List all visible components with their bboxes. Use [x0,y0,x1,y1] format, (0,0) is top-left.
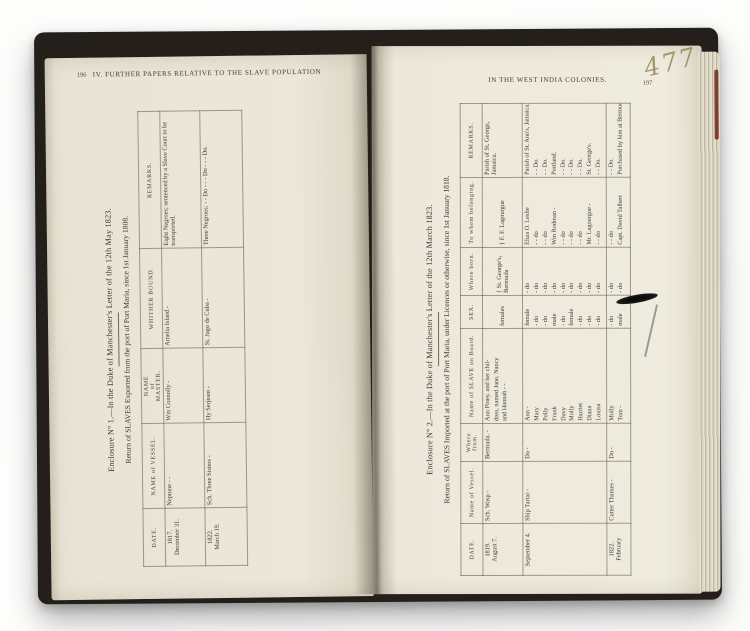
book-cover: 196 IV. FURTHER PAPERS RELATIVE TO THE S… [34,28,722,605]
header-vessel: Name of Vessel. [461,461,483,523]
sex-value: - do [577,298,586,326]
header-remarks: REMARKS. [460,103,482,177]
table-row: 1822. February Cutter Thames - Do - Moll… [606,103,631,575]
remarks-value: St. George's. [586,106,595,175]
cell-from: Do - [523,423,607,461]
cell-bound: Amelia Island - [162,248,203,349]
born-value: - do [617,250,626,293]
cell-from: Bermuda. - [483,423,523,461]
gutter-shadow [350,42,398,594]
cell-born: { St. George's, Bermuda [482,247,522,295]
table-row: September 4. Ship Tartar - Do - Ann - Ma… [522,103,607,575]
slave-name: Ann - [524,331,533,421]
cell-remarks: Parish of St. George, Jamaica. [482,103,522,177]
slave-name: Harriet [577,331,586,421]
sex-value: - do [533,298,542,326]
sex-value: - do [542,298,551,326]
cell-master: Hy Serjeant - [203,347,246,423]
cell-vessel: Neptune - - [164,423,205,509]
table-row: 1822. March 19. Sch. Three Sisters - Hy … [200,110,248,566]
slave-name: Ann Piney, and her chil- dren, named Jan… [484,331,510,421]
cell-vessel: Cutter Thames - [607,461,631,523]
cell-born: - do - do - do - do - do - do - do - do … [522,247,606,295]
header-where-born: Where born. [460,247,482,295]
sex-value: - do [595,298,604,326]
header-belonging: To whom belonging. [460,177,482,247]
enclosure-1-rotated-block: Enclosure N° 1.—In the Duke of Mancheste… [102,105,268,572]
table-row: 1819. August 7. Sch. Wasp - Bermuda. - A… [482,103,523,575]
remarks-value: - - Do. [568,106,577,175]
cell-remarks: Eight Negroes; sentenced by a Slave Cour… [160,111,202,249]
sex-value: female [524,298,533,326]
title-rule [118,313,120,367]
cell-date: 1822. March 19. [205,507,248,566]
table-row: 1817. December 31. Neptune - - Wm Connol… [160,111,206,566]
left-page: 196 IV. FURTHER PAPERS RELATIVE TO THE S… [45,54,374,600]
header-where-from: Where from. [461,423,483,461]
belonging-value: - - do [533,180,542,245]
remarks-value: - - Do. [541,106,550,175]
cell-belonging: Eliza O. Leslie - - do - - do Wm Rodman … [522,177,606,247]
slave-name: Louisa [595,331,604,421]
belonging-value: Wm Rodman - [550,180,559,245]
header-slave-name: Name of SLAVE on Board. [461,328,483,423]
cell-born: - do - do [606,247,630,295]
sex-value: - do [586,298,595,326]
header-master: NAME of MASTER. [141,348,164,423]
slave-name: Tom - [617,331,626,421]
born-value: - do [608,250,617,293]
remarks-value: - - Do. [559,106,568,175]
table-header-row: DATE. Name of Vessel. Where from. Name o… [460,103,483,575]
belonging-value: - - do [577,180,586,245]
cell-date: 1817. December 31. [165,508,206,567]
sex-value: female [568,298,577,326]
header-sex: SEX. [460,295,482,328]
born-value: - do [524,250,533,293]
return-title: Return of SLAVES Imported at the port of… [442,103,452,576]
slave-name: Molly [569,331,578,421]
cell-slave-name: Ann - Mary Polly Frank Davy Molly Harrie… [523,328,607,423]
remarks-value: Purchased by him at Bermuda. [617,106,626,175]
running-head-left: IV. FURTHER PAPERS RELATIVE TO THE SLAVE… [93,68,305,79]
born-value: - do [533,250,542,293]
cell-date: 1819. August 7. [483,523,523,575]
cell-belonging: - - do Capt. David Talbert [606,177,630,247]
enclosure-title: Enclosure N° 1.—In the Duke of Mancheste… [102,107,117,572]
title-rule [438,313,439,367]
cell-master: Wm Connolly - [163,348,204,424]
cell-sex: female - do - do male - do female - do -… [522,295,606,328]
slave-name: Frank [551,331,560,421]
cell-slave-name: Molly Tom - [607,328,631,423]
cell-date: 1822. February [607,523,631,575]
belonging-value: Capt. David Talbert [617,180,626,245]
cell-remarks: - - Do. Purchased by him at Bermuda. [606,103,630,177]
header-remarks: REMARKS. [138,111,162,248]
remarks-value: Portland. [550,106,559,175]
slave-name: Davy [560,331,569,421]
belonging-value: - - do [595,180,604,245]
remarks-value: - - Do. [608,106,617,175]
born-value: - do [559,250,568,293]
slaves-imported-table: DATE. Name of Vessel. Where from. Name o… [460,103,632,576]
born-value: - do [586,250,595,293]
sex-value: male [551,298,560,326]
born-value: - do [568,250,577,293]
remarks-value: - - Do. [577,106,586,175]
scanned-book-photo: 196 IV. FURTHER PAPERS RELATIVE TO THE S… [0,0,750,631]
cell-remarks: Parish of St. Ann's, Jamaica. - - Do. - … [522,103,606,177]
belonging-value: - - do [608,180,617,245]
slave-name: Mary [533,331,542,421]
belonging-value: Eliza O. Leslie [524,180,533,245]
header-date: DATE. [461,523,483,575]
slaves-exported-table: DATE. NAME of VESSEL. NAME of MASTER. WH… [137,110,248,567]
page-number-left: 196 [77,72,87,79]
slave-name: Molly [608,331,617,421]
belonging-value: Mr. Lagourgue - [586,180,595,245]
cell-vessel: Ship Tartar - [523,461,607,523]
right-page: IN THE WEST INDIA COLONIES. 197 477 Encl… [372,46,703,595]
cell-vessel: Sch. Three Sisters - [204,422,247,508]
belonging-value: - - do [568,180,577,245]
header-vessel: NAME of VESSEL. [142,423,165,508]
sex-value: - do [560,298,569,326]
born-value: - do [595,250,604,293]
remarks-value: - - Do. [533,106,542,175]
handwritten-folio: 477 [641,46,700,83]
cell-bound: St. Jago de Cuba - [202,247,245,348]
cell-from: Do - [607,423,631,461]
header-whither-bound: WHITHER BOUND. [140,248,163,348]
cover-red-edge [714,70,718,140]
cell-slave-name: Ann Piney, and her chil- dren, named Jan… [483,328,523,423]
slave-name: Diana [586,331,595,421]
cell-date: September 4. [523,523,607,575]
slave-name: Polly [542,331,551,421]
enclosure-title: Enclosure N° 2.—In the Duke of Mancheste… [425,103,435,576]
cell-remarks: Three Negroes; - - Do - - - Do - - - Do. [200,110,244,248]
born-value: - do [542,250,551,293]
cell-belonging: } F. F. Lagourgue [482,177,522,247]
cell-sex: females [482,295,522,328]
enclosure-2-rotated-block: Enclosure N° 2.—In the Duke of Mancheste… [425,103,651,576]
belonging-value: - - do [542,180,551,245]
born-value: - do [577,250,586,293]
remarks-value: - - Do. [595,106,604,175]
belonging-value: - - do [559,180,568,245]
header-date: DATE. [143,508,166,566]
born-value: - do [551,250,560,293]
cell-vessel: Sch. Wasp - [483,461,523,523]
running-head-right: IN THE WEST INDIA COLONIES. [464,76,632,84]
return-title: Return of SLAVES Exported from the port … [119,107,134,572]
remarks-value: Parish of St. Ann's, Jamaica. [524,106,533,175]
